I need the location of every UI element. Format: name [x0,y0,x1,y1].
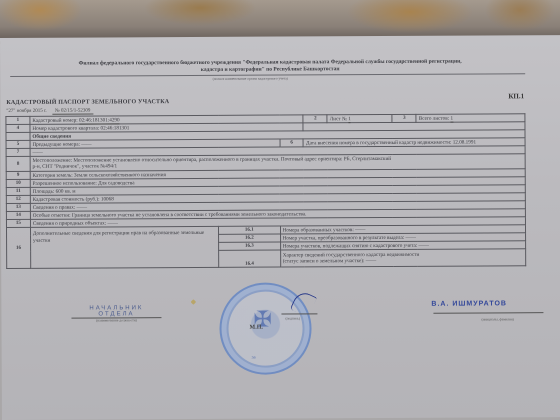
position-caption: (наименование должности) [71,318,161,322]
signature-line [281,313,317,314]
date-value: "27" ноября 2015 г. [6,109,46,114]
signature-caption: (подпись) [285,316,300,320]
additional-info-label: Дополнительные сведения для регистрации … [30,226,218,268]
form-code: КП.1 [508,92,524,100]
signer-caption: (инициалы, фамилия) [481,317,513,321]
signature-block: НАЧАЛЬНИК ОТДЕЛА (наименование должности… [1,295,560,418]
cadastral-number: 02:46:181301:4290 [79,117,120,124]
signer-name-line [433,312,543,314]
signer-position: НАЧАЛЬНИК ОТДЕЛА [71,305,161,318]
cadastral-table: 1 Кадастровый номер: 02:46:181301:4290 2… [5,113,526,269]
institution-caption: (полное наименование органа кадастрового… [190,76,310,81]
document-date: "27" ноября 2015 г. № 02/15/1-52309 [6,109,93,114]
stamp-number: 56 [252,355,256,360]
stamp-mp-label: М.П. [250,325,263,331]
row-num: 1 [6,116,30,124]
cadastral-passport-document: Филиал федерального государственного бюд… [0,35,560,420]
document-number: № 02/15/1-52309 [52,109,93,115]
document-title: КАДАСТРОВЫЙ ПАСПОРТ ЗЕМЕЛЬНОГО УЧАСТКА [6,99,169,106]
signer-name: В.А. ИШМУРАТОВ [431,300,507,307]
institution-header: Филиал федерального государственного бюд… [20,58,520,75]
